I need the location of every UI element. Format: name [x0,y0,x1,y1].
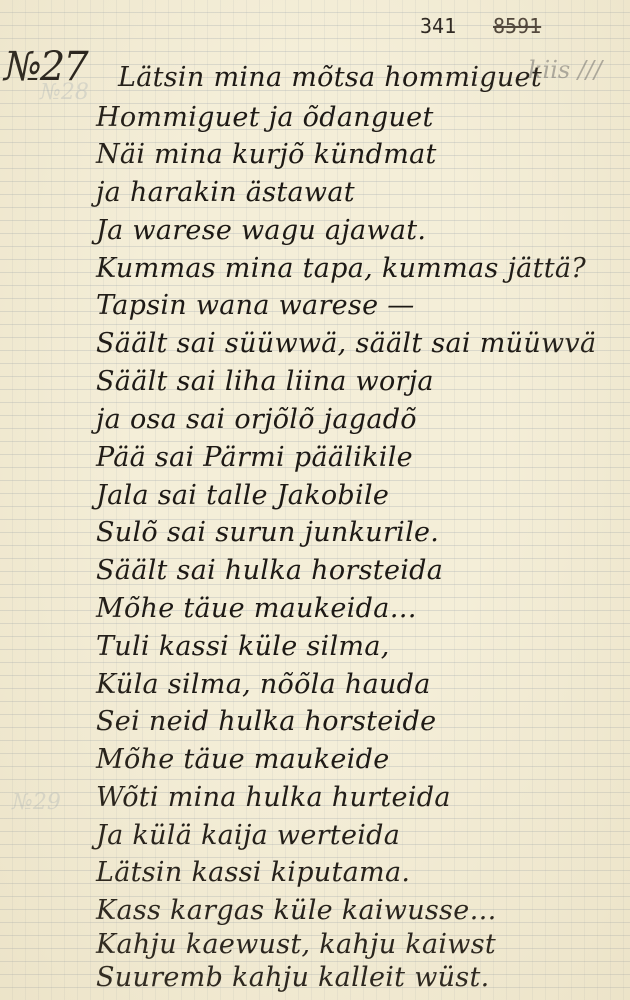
poem-line: Kass kargas küle kaiwusse… [96,895,497,926]
poem-line: Mõhe täue maukeide [96,744,389,775]
poem-line: Näi mina kurjõ kündmat [96,139,437,170]
poem-line: Pää sai Pärmi päälikile [96,442,413,473]
struck-old-number: 8591 [493,14,541,38]
poem-line: Hommiguet ja õdanguet [96,102,434,133]
poem-line: Ja külä kaija werteida [96,820,400,851]
poem-line: Wõti mina hulka hurteida [96,782,451,813]
poem-line: Sei neid hulka horsteide [96,706,436,737]
poem-line: Suuremb kahju kalleit wüst. [96,962,489,993]
archive-page-number: 341 [420,14,456,38]
poem-line: Kummas mina tapa, kummas jättä? [96,253,586,284]
poem-line: Küla silma, nõõla hauda [96,669,431,700]
poem-line: Tuli kassi küle silma, [96,631,390,662]
notebook-page: №28 №29 341 8591 kiis /// №27 Lätsin min… [0,0,630,1000]
poem-line: Tapsin wana warese — [96,290,415,321]
poem-line: Jala sai talle Jakobile [96,480,389,511]
poem-line: ja harakin ästawat [96,177,355,208]
poem-line: Säält sai süüwwä, säält sai müüwvä [96,328,596,359]
poem-line: Lätsin kassi kiputama. [96,857,410,888]
entry-number: №27 [4,44,87,90]
bleedthrough-entry-number-lower: №29 [12,790,61,815]
poem-line: Säält sai liha liina worja [96,366,434,397]
poem-line: Sulõ sai surun junkurile. [96,517,439,548]
poem-line: Lätsin mina mõtsa hommiguet [118,62,542,93]
poem-line: Mõhe täue maukeida… [96,593,417,624]
poem-line: Säält sai hulka horsteida [96,555,443,586]
poem-line: Ja warese wagu ajawat. [96,215,426,246]
poem-line: Kahju kaewust, kahju kaiwst [96,929,496,960]
poem-line: ja osa sai orjõlõ jagadõ [96,404,417,435]
